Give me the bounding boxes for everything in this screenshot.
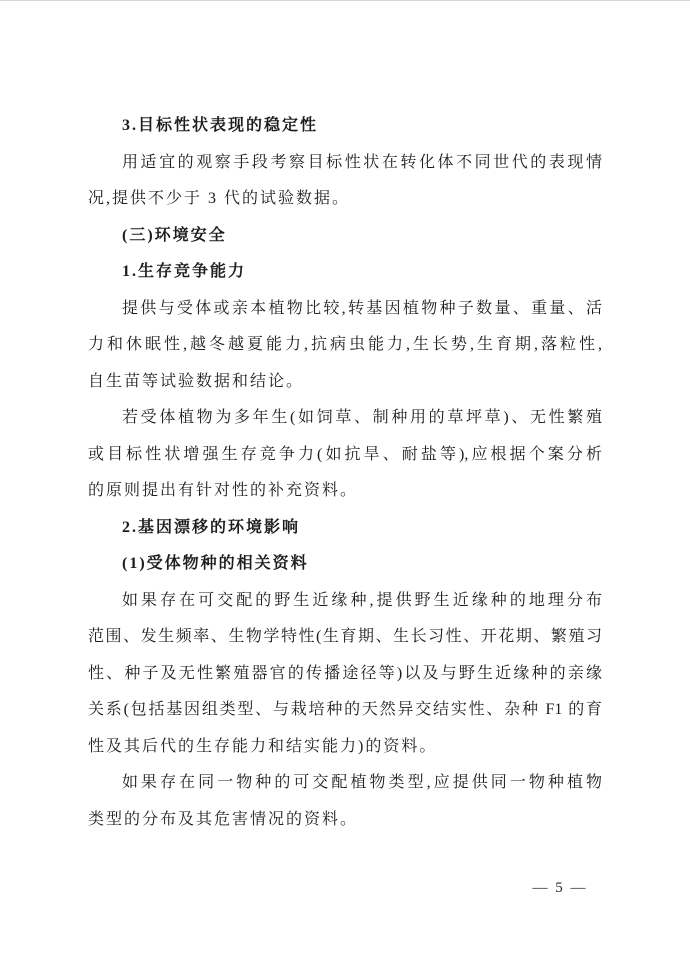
body-text-line: 提供与受体或亲本植物比较,转基因植物种子数量、重量、活	[88, 291, 602, 328]
body-text-line: 如果存在同一物种的可交配植物类型,应提供同一物种植物	[88, 765, 602, 802]
body-text-line: 关系(包括基因组类型、与栽培种的天然异交结实性、杂种 F1 的育	[88, 692, 602, 729]
body-text-line: 性及其后代的生存能力和结实能力)的资料。	[88, 729, 602, 766]
section-heading-line: (三)环境安全	[88, 218, 602, 255]
body-text-line: 若受体植物为多年生(如饲草、制种用的草坪草)、无性繁殖	[88, 400, 602, 437]
section-heading-line: 1.生存竞争能力	[88, 254, 602, 291]
page-number: — 5 —	[505, 876, 615, 900]
section-heading-line: 3.目标性状表现的稳定性	[88, 108, 602, 145]
body-text-line: 的原则提出有针对性的补充资料。	[88, 473, 602, 510]
section-heading-line: 2.基因漂移的环境影响	[88, 510, 602, 547]
body-text-line: 力和休眠性,越冬越夏能力,抗病虫能力,生长势,生育期,落粒性,	[88, 327, 602, 364]
document-body: 3.目标性状表现的稳定性用适宜的观察手段考察目标性状在转化体不同世代的表现情况,…	[88, 108, 602, 838]
page-top-edge-line	[0, 0, 690, 1]
document-page: 3.目标性状表现的稳定性用适宜的观察手段考察目标性状在转化体不同世代的表现情况,…	[0, 0, 690, 975]
section-heading-line: (1)受体物种的相关资料	[88, 546, 602, 583]
body-text-line: 如果存在可交配的野生近缘种,提供野生近缘种的地理分布	[88, 583, 602, 620]
body-text-line: 范围、发生频率、生物学特性(生育期、生长习性、开花期、繁殖习	[88, 619, 602, 656]
body-text-line: 或目标性状增强生存竞争力(如抗旱、耐盐等),应根据个案分析	[88, 437, 602, 474]
body-text-line: 类型的分布及其危害情况的资料。	[88, 802, 602, 839]
body-text-line: 用适宜的观察手段考察目标性状在转化体不同世代的表现情	[88, 145, 602, 182]
body-text-line: 况,提供不少于 3 代的试验数据。	[88, 181, 602, 218]
body-text-line: 自生苗等试验数据和结论。	[88, 364, 602, 401]
body-text-line: 性、种子及无性繁殖器官的传播途径等)以及与野生近缘种的亲缘	[88, 656, 602, 693]
